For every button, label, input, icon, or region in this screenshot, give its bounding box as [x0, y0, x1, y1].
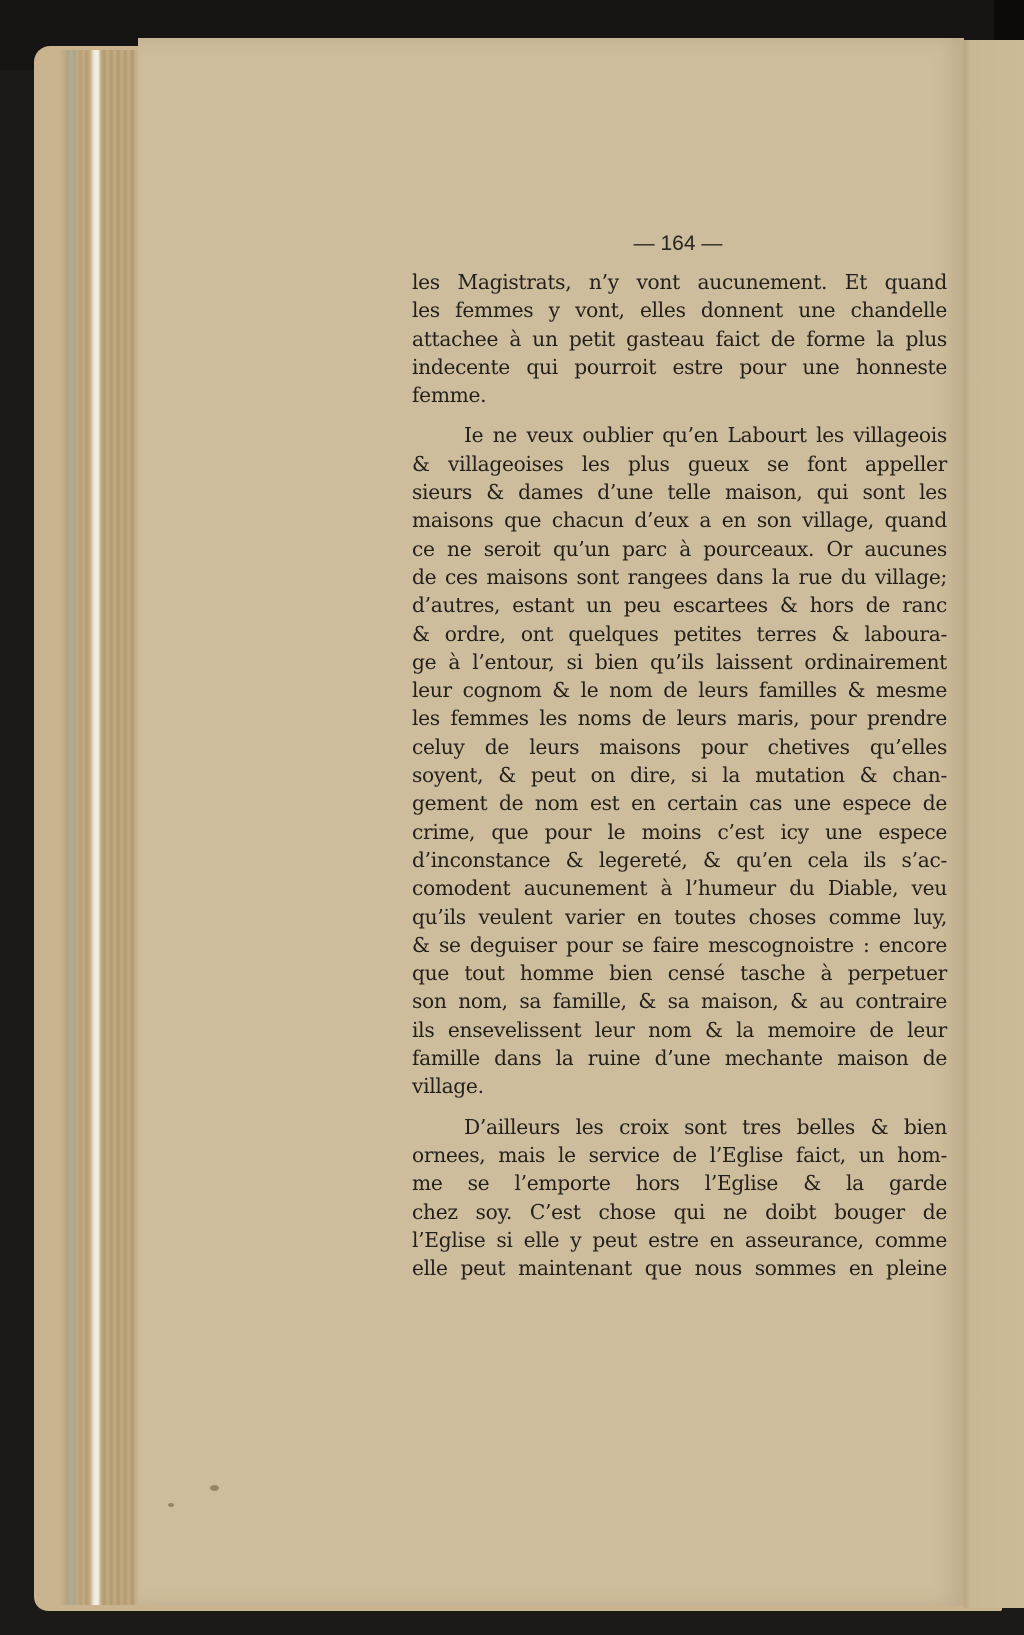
- background-corner: [994, 0, 1024, 40]
- text-line: ornees, mais le service de l’Eglise faic…: [412, 1141, 947, 1169]
- text-line: famille dans la ruine d’une mechante mai…: [412, 1044, 947, 1072]
- text-line: leur cognom & le nom de leurs familles &…: [412, 676, 947, 704]
- text-line: d’autres, estant un peu escartees & hors…: [412, 591, 947, 619]
- text-line: l’Eglise si elle y peut estre en asseura…: [412, 1226, 947, 1254]
- text-line: indecente qui pourroit estre pour une ho…: [412, 353, 947, 381]
- text-line: maisons que chacun d’eux a en son villag…: [412, 506, 947, 534]
- text-line: Ie ne veux oublier qu’en Labourt les vil…: [412, 421, 947, 449]
- text-line: les Magistrats, n’y vont aucunement. Et …: [412, 268, 947, 296]
- text-line: ce ne seroit qu’un parc à pourceaux. Or …: [412, 535, 947, 563]
- text-line: de ces maisons sont rangees dans la rue …: [412, 563, 947, 591]
- text-line: comodent aucunement à l’humeur du Diable…: [412, 874, 947, 902]
- paragraph: Ie ne veux oublier qu’en Labourt les vil…: [412, 421, 947, 1100]
- text-line: celuy de leurs maisons pour chetives qu’…: [412, 733, 947, 761]
- paper-stain: [168, 1503, 174, 1507]
- page-number: — 164 —: [618, 232, 738, 256]
- text-line: & villageoises les plus gueux se font ap…: [412, 450, 947, 478]
- text-line: & ordre, ont quelques petites terres & l…: [412, 620, 947, 648]
- text-line: gement de nom est en certain cas une esp…: [412, 789, 947, 817]
- page-edges-stack: [60, 50, 140, 1605]
- text-line: d’inconstance & legereté, & qu’en cela i…: [412, 846, 947, 874]
- paper-stain: [210, 1485, 219, 1491]
- text-line: sieurs & dames d’une telle maison, qui s…: [412, 478, 947, 506]
- next-page-edge: [964, 40, 1024, 1608]
- text-line: D’ailleurs les croix sont tres belles & …: [412, 1113, 947, 1141]
- paragraph: D’ailleurs les croix sont tres belles & …: [412, 1113, 947, 1283]
- text-line: ge à l’entour, si bien qu’ils laissent o…: [412, 648, 947, 676]
- text-line: les femmes les noms de leurs maris, pour…: [412, 704, 947, 732]
- text-line: ils ensevelissent leur nom & la memoire …: [412, 1016, 947, 1044]
- text-line: me se l’emporte hors l’Eglise & la garde: [412, 1169, 947, 1197]
- text-line: soyent, & peut on dire, si la mutation &…: [412, 761, 947, 789]
- text-line: attachee à un petit gasteau faict de for…: [412, 325, 947, 353]
- text-line: village.: [412, 1072, 947, 1100]
- paragraph: les Magistrats, n’y vont aucunement. Et …: [412, 268, 947, 409]
- text-line: elle peut maintenant que nous sommes en …: [412, 1254, 947, 1282]
- text-line: son nom, sa famille, & sa maison, & au c…: [412, 987, 947, 1015]
- text-line: & se deguiser pour se faire mescognoistr…: [412, 931, 947, 959]
- body-text: les Magistrats, n’y vont aucunement. Et …: [412, 268, 947, 1282]
- paragraph-gap: [412, 1101, 947, 1113]
- text-line: les femmes y vont, elles donnent une cha…: [412, 296, 947, 324]
- text-line: femme.: [412, 381, 947, 409]
- text-line: chez soy. C’est chose qui ne doibt bouge…: [412, 1198, 947, 1226]
- paragraph-gap: [412, 409, 947, 421]
- text-line: qu’ils veulent varier en toutes choses c…: [412, 903, 947, 931]
- text-line: crime, que pour le moins c’est icy une e…: [412, 818, 947, 846]
- text-line: que tout homme bien censé tasche à perpe…: [412, 959, 947, 987]
